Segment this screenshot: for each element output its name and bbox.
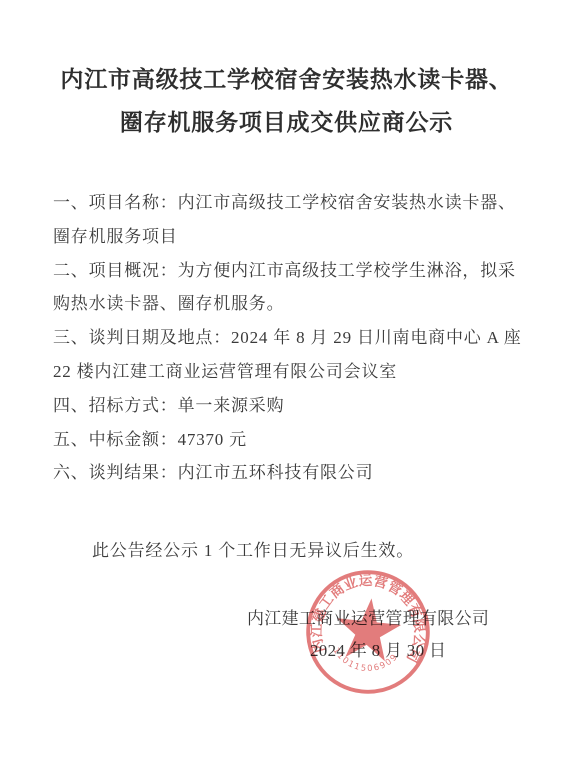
official-seal-svg: 内江建工商业运营管理有限公司 5110115069099 xyxy=(297,561,440,704)
page-title-line-1: 内江市高级技工学校宿舍安装热水读卡器、 xyxy=(0,58,573,101)
official-seal: 内江建工商业运营管理有限公司 5110115069099 xyxy=(297,561,440,704)
body-line-negotiation-result: 六、谈判结果：内江市五环科技有限公司 xyxy=(53,456,523,490)
signature-company: 内江建工商业运营管理有限公司 xyxy=(247,604,489,629)
body-line-award-amount: 五、中标金额：47370 元 xyxy=(53,423,523,457)
body-line-bidding-method: 四、招标方式：单一来源采购 xyxy=(53,389,523,423)
body-line-project-overview: 二、项目概况：为方便内江市高级技工学校学生淋浴，拟采 xyxy=(53,254,523,288)
body-line-negotiation-date-place-wrap: 22 楼内江建工商业运营管理有限公司会议室 xyxy=(53,355,523,389)
announcement-page: 内江市高级技工学校宿舍安装热水读卡器、 圈存机服务项目成交供应商公示 一、项目名… xyxy=(0,0,573,783)
body-line-negotiation-date-place: 三、谈判日期及地点：2024 年 8 月 29 日川南电商中心 A 座 xyxy=(53,321,523,355)
document-body: 一、项目名称：内江市高级技工学校宿舍安装热水读卡器、 圈存机服务项目 二、项目概… xyxy=(53,186,523,490)
body-line-project-name: 一、项目名称：内江市高级技工学校宿舍安装热水读卡器、 xyxy=(53,186,523,220)
body-line-project-overview-wrap: 购热水读卡器、圈存机服务。 xyxy=(53,287,523,321)
page-title: 内江市高级技工学校宿舍安装热水读卡器、 圈存机服务项目成交供应商公示 xyxy=(0,58,573,144)
body-line-project-name-wrap: 圈存机服务项目 xyxy=(53,220,523,254)
closing-paragraph: 此公告经公示 1 个工作日无异议后生效。 xyxy=(92,536,414,561)
signature-date: 2024 年 8 月 30 日 xyxy=(310,636,446,661)
seal-ring xyxy=(302,566,433,697)
page-title-line-2: 圈存机服务项目成交供应商公示 xyxy=(0,101,573,144)
